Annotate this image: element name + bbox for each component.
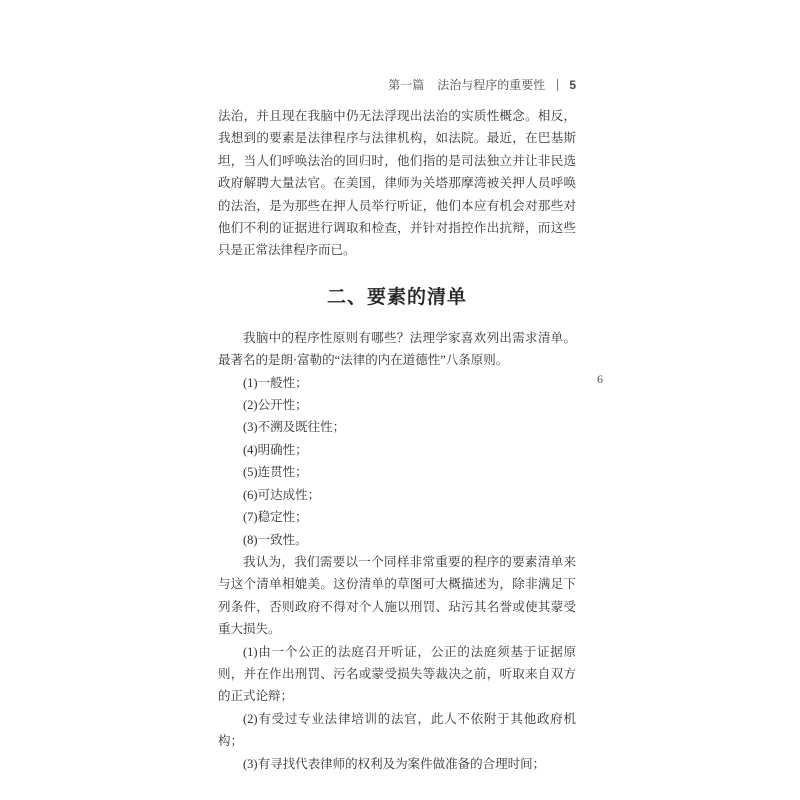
fuller-principles-list: (1)一般性； (2)公开性； (3)不溯及既往性； (4)明确性； (5)连贯… [218, 372, 576, 551]
running-header: 第一篇 法治与程序的重要性 5 [218, 78, 576, 93]
list-item: (8)一致性。 [218, 529, 576, 551]
paragraph-continued: 法治，并且现在我脑中仍无法浮现出法治的实质性概念。相反，我想到的要素是法律程序与… [218, 105, 576, 262]
header-divider [557, 79, 558, 91]
part-label: 第一篇 [388, 78, 424, 92]
margin-page-number: 6 [597, 372, 603, 387]
list-item: (7)稳定性； [218, 506, 576, 528]
list-item: (1)由一个公正的法庭召开听证，公正的法庭须基于证据原则，并在作出刑罚、污名或蒙… [218, 641, 576, 708]
book-page: 第一篇 法治与程序的重要性 5 法治，并且现在我脑中仍无法浮现出法治的实质性概念… [0, 0, 800, 800]
list-item: (6)可达成性； [218, 484, 576, 506]
paragraph-proposal: 我认为，我们需要以一个同样非常重要的程序的要素清单来与这个清单相媲美。这份清单的… [218, 551, 576, 641]
list-item: (5)连贯性； [218, 461, 576, 483]
list-item: (3)不溯及既往性； [218, 416, 576, 438]
chapter-title: 法治与程序的重要性 [437, 78, 545, 92]
page-number: 5 [569, 78, 576, 92]
list-item: (2)公开性； [218, 394, 576, 416]
procedural-requirements-list: (1)由一个公正的法庭召开听证，公正的法庭须基于证据原则，并在作出刑罚、污名或蒙… [218, 641, 576, 775]
section-heading: 二、要素的清单 [218, 285, 576, 311]
list-item: (4)明确性； [218, 439, 576, 461]
list-item: (1)一般性； [218, 372, 576, 394]
paragraph-intro: 我脑中的程序性原则有哪些？法理学家喜欢列出需求清单。最著名的是朗·富勒的“法律的… [218, 327, 576, 372]
list-item: (3)有寻找代表律师的权利及为案件做准备的合理时间； [218, 753, 576, 775]
page-content: 第一篇 法治与程序的重要性 5 法治，并且现在我脑中仍无法浮现出法治的实质性概念… [218, 78, 576, 775]
list-item: (2)有受过专业法律培训的法官，此人不依附于其他政府机构； [218, 708, 576, 753]
